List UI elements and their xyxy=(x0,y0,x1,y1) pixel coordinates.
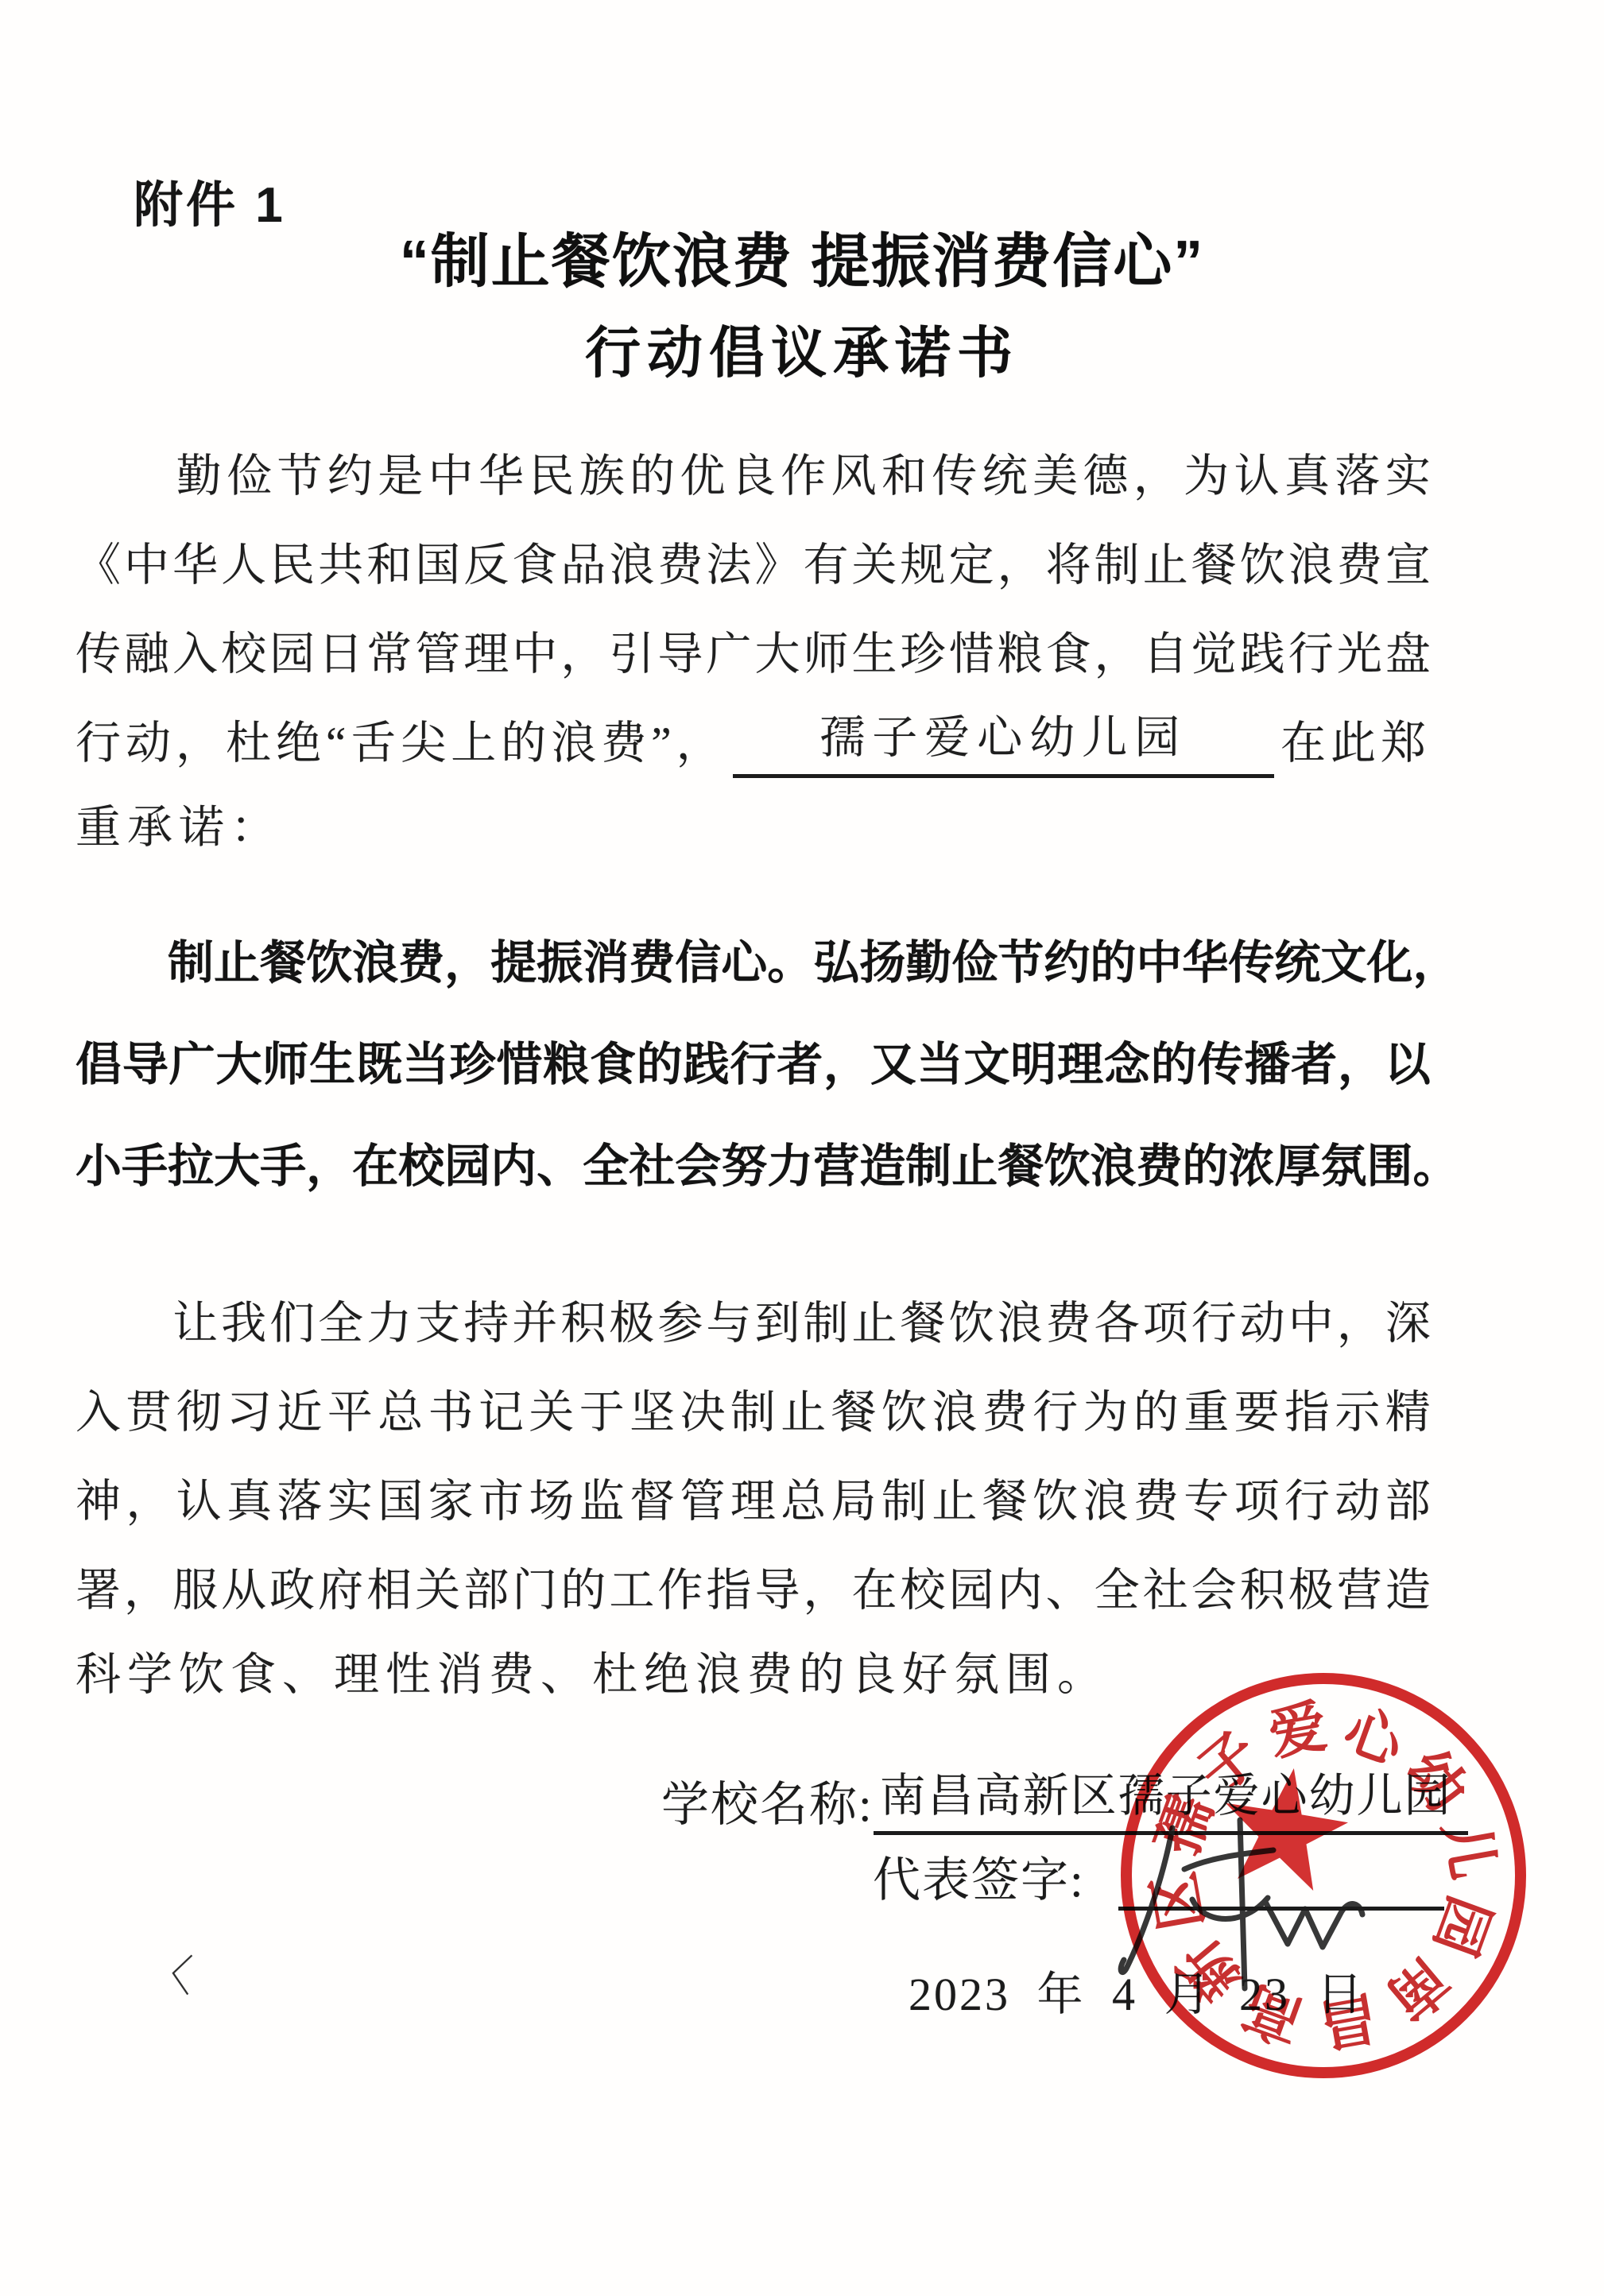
paragraph-intro: 勤俭节约是中华民族的优良作风和传统美德，为认真落实 《中华人民共和国反食品浪费法… xyxy=(76,428,1431,873)
svg-text:高: 高 xyxy=(1235,1974,1311,2054)
document-title-line1: “制止餐饮浪费 提振消费信心” xyxy=(0,215,1604,299)
intro-line-5: 重承诺： xyxy=(76,784,1431,873)
action-line-1: 让我们全力支持并积极参与到制止餐饮浪费各项行动中，深 xyxy=(76,1275,1431,1364)
svg-text:新: 新 xyxy=(1168,1928,1253,2013)
svg-text:南: 南 xyxy=(1376,1946,1461,2031)
intro-line-4-pre: 行动，杜绝“舌尖上的浪费”， xyxy=(76,707,726,772)
official-seal: 南昌高新区孺子爱心幼儿园 xyxy=(1109,1661,1538,2090)
svg-text:孺: 孺 xyxy=(1145,1787,1225,1863)
stray-pen-mark: 〈 xyxy=(146,1938,196,2004)
svg-text:园: 园 xyxy=(1422,1888,1501,1964)
svg-text:区: 区 xyxy=(1142,1868,1215,1935)
action-line-4: 署，服从政府相关部门的工作指导，在校园内、全社会积极营造 xyxy=(76,1542,1431,1631)
pledge-line-1: 制止餐饮浪费，提振消费信心。弘扬勤俭节约的中华传统文化， xyxy=(76,908,1431,1009)
school-name-fill-in: 孺子爱心幼儿园 xyxy=(733,701,1274,778)
svg-text:儿: 儿 xyxy=(1432,1816,1505,1884)
intro-line-4: 行动，杜绝“舌尖上的浪费”， 孺子爱心幼儿园 在此郑 xyxy=(76,695,1431,784)
intro-line-2: 《中华人民共和国反食品浪费法》有关规定，将制止餐饮浪费宣 xyxy=(76,517,1431,606)
action-line-3: 神，认真落实国家市场监督管理总局制止餐饮浪费专项行动部 xyxy=(76,1453,1431,1542)
action-line-2: 入贯彻习近平总书记关于坚决制止餐饮浪费行为的重要指示精 xyxy=(76,1364,1431,1453)
signature-label: 代表签字: xyxy=(873,1842,1085,1911)
svg-text:幼: 幼 xyxy=(1393,1739,1479,1824)
svg-text:子: 子 xyxy=(1187,1720,1272,1806)
svg-text:昌: 昌 xyxy=(1315,1984,1383,2057)
svg-text:爱: 爱 xyxy=(1264,1694,1331,1767)
intro-line-3: 传融入校园日常管理中，引导广大师生珍惜粮食，自觉践行光盘 xyxy=(76,606,1431,695)
document-title-line2: 行动倡议承诺书 xyxy=(0,308,1604,389)
intro-line-4-post: 在此郑 xyxy=(1280,707,1431,772)
svg-text:心: 心 xyxy=(1336,1698,1414,1778)
seal-ring-text: 南昌高新区孺子爱心幼儿园 xyxy=(1142,1694,1505,2057)
paragraph-pledge: 制止餐饮浪费，提振消费信心。弘扬勤俭节约的中华传统文化， 倡导广大师生既当珍惜粮… xyxy=(76,908,1431,1213)
document-page: 附件 1 “制止餐饮浪费 提振消费信心” 行动倡议承诺书 勤俭节约是中华民族的优… xyxy=(0,0,1604,2296)
intro-line-1: 勤俭节约是中华民族的优良作风和传统美德，为认真落实 xyxy=(76,428,1431,517)
paragraph-action: 让我们全力支持并积极参与到制止餐饮浪费各项行动中，深 入贯彻习近平总书记关于坚决… xyxy=(76,1275,1431,1720)
pledge-line-2: 倡导广大师生既当珍惜粮食的践行者，又当文明理念的传播者，以 xyxy=(76,1009,1431,1111)
pledge-line-3: 小手拉大手，在校园内、全社会努力营造制止餐饮浪费的浓厚氛围。 xyxy=(76,1111,1431,1213)
school-name-label: 学校名称: xyxy=(661,1767,874,1835)
